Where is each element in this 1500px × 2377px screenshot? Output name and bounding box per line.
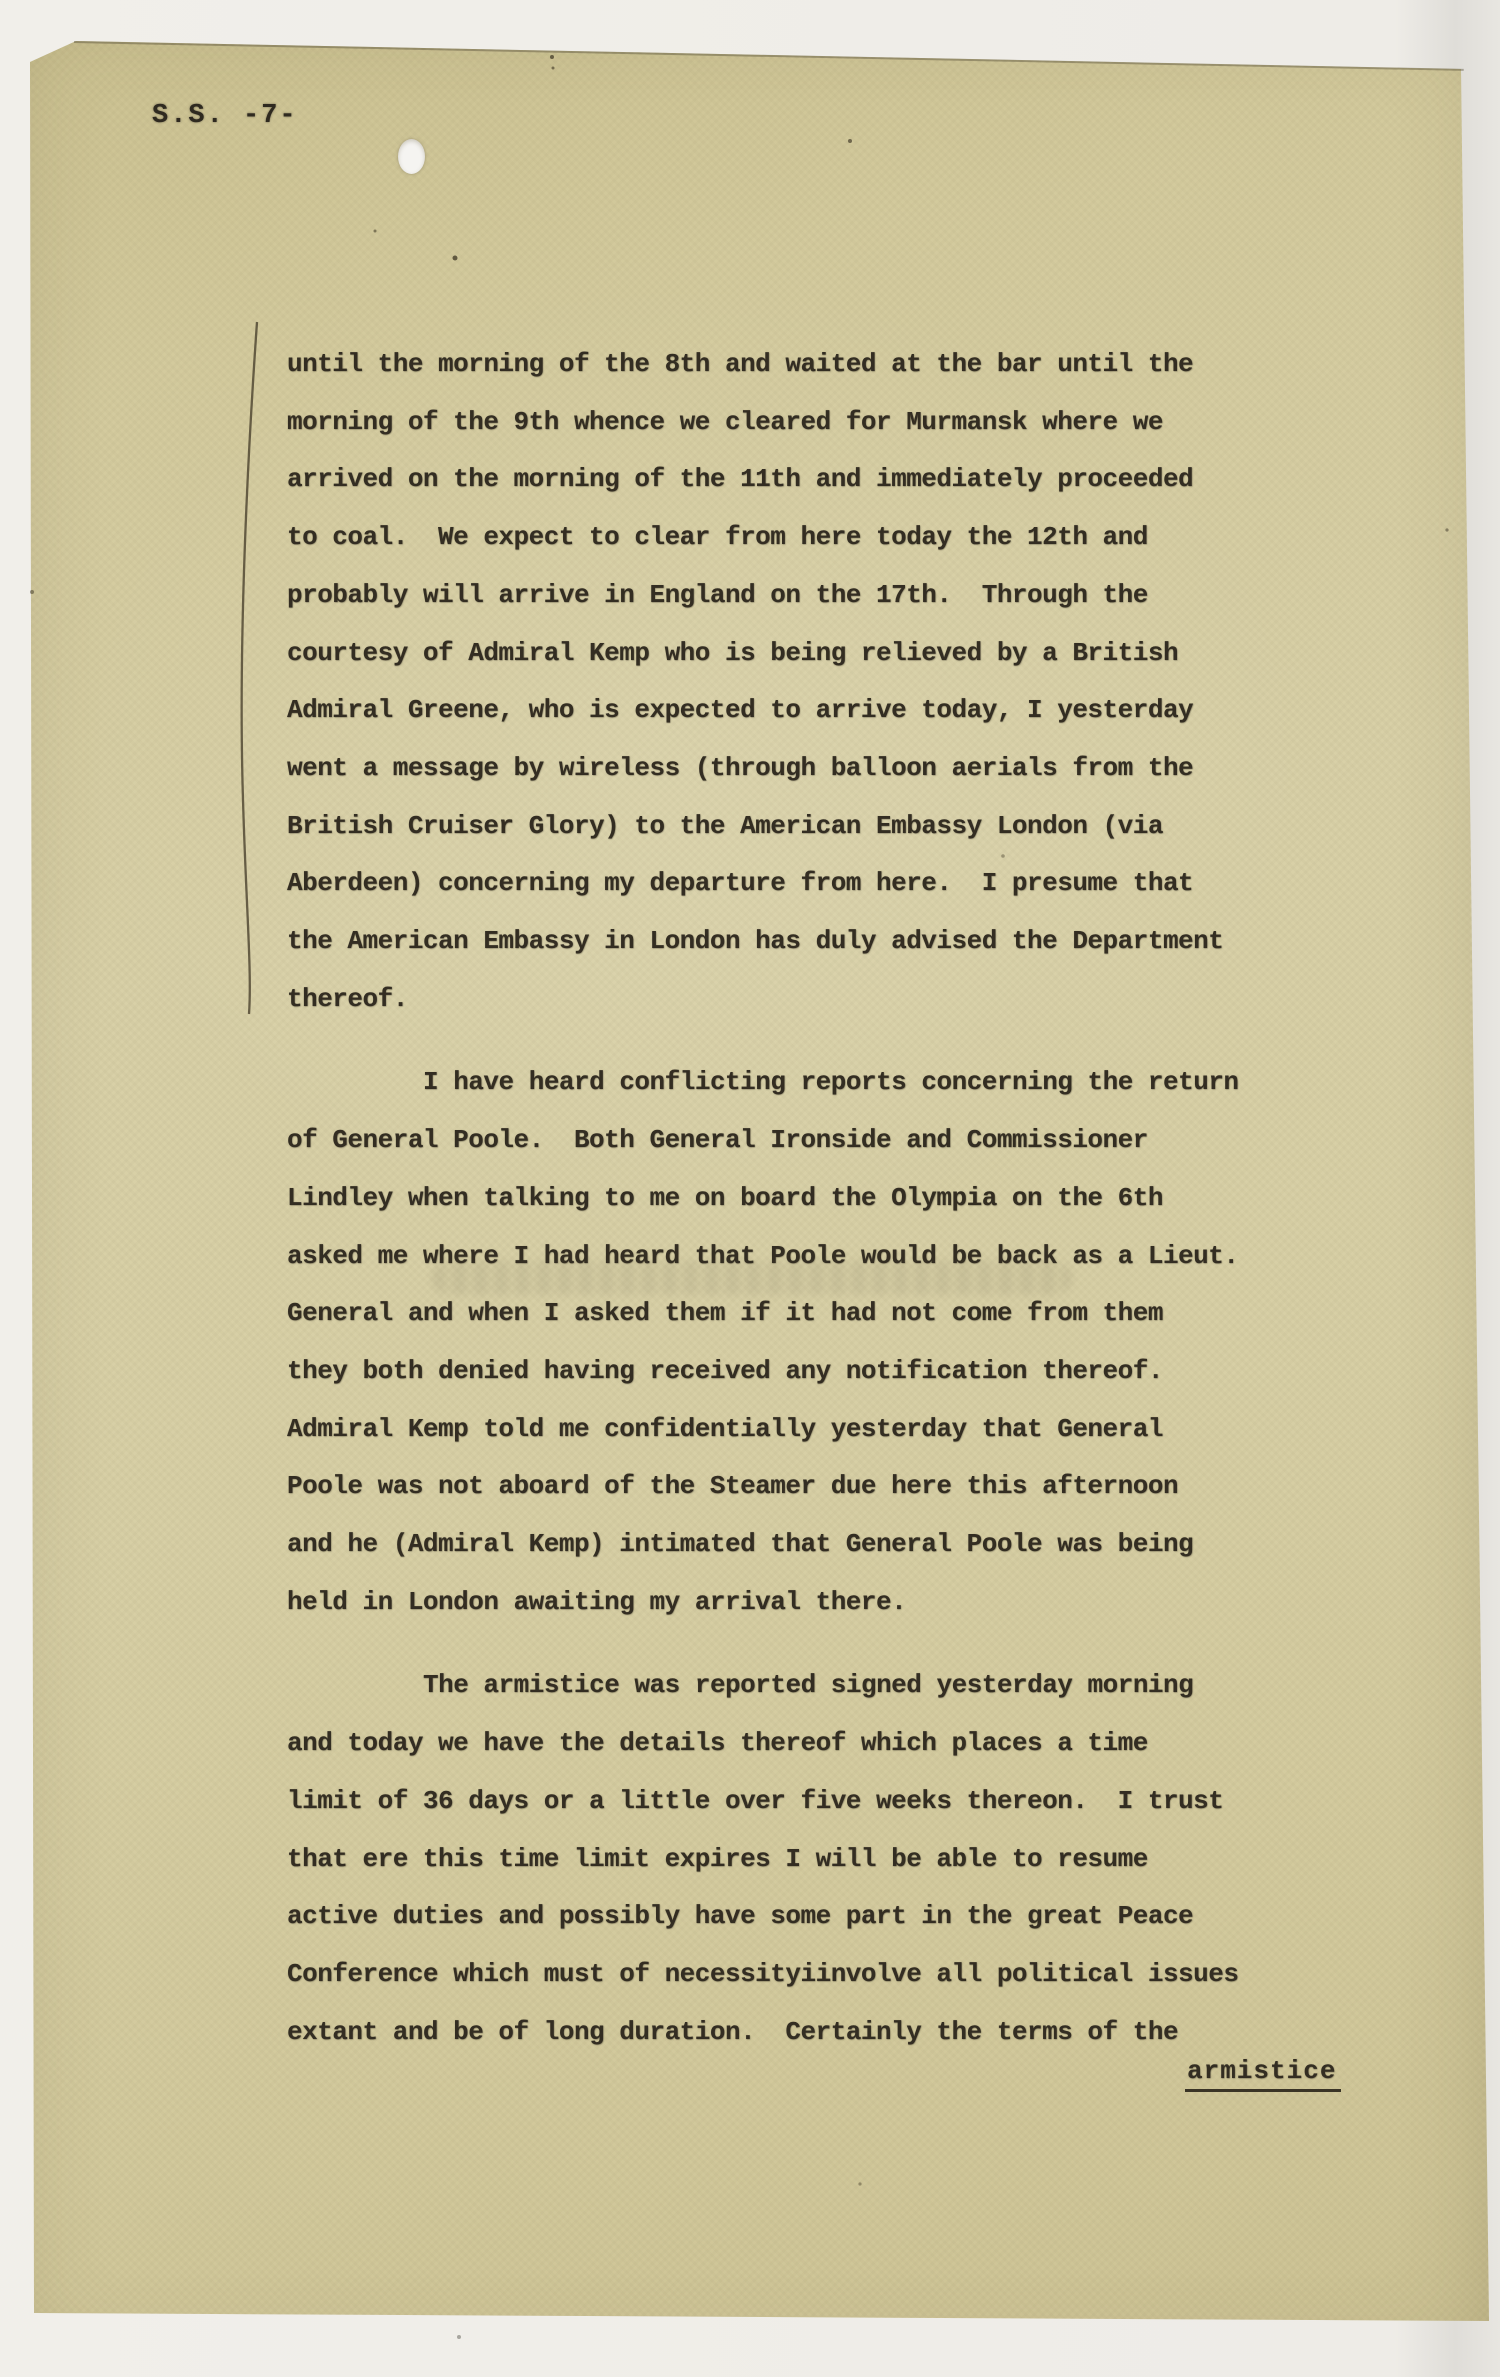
text-line: to coal. We expect to clear from here to… <box>287 509 1327 567</box>
page-number-header: S.S. -7- <box>152 101 298 131</box>
ink-smudge <box>432 1261 1072 1295</box>
text-line: arrived on the morning of the 11th and i… <box>287 451 1327 509</box>
text-line: Conference which must of necessityiinvol… <box>287 1946 1327 2004</box>
paragraph: The armistice was reported signed yester… <box>287 1657 1327 2061</box>
text-line: they both denied having received any not… <box>287 1343 1327 1401</box>
text-line: probably will arrive in England on the 1… <box>287 567 1327 625</box>
text-line: I have heard conflicting reports concern… <box>287 1054 1327 1112</box>
text-line: went a message by wireless (through ball… <box>287 740 1327 798</box>
text-line: Aberdeen) concerning my departure from h… <box>287 855 1327 913</box>
text-line: The armistice was reported signed yester… <box>287 1657 1327 1715</box>
text-line: morning of the 9th whence we cleared for… <box>287 394 1327 452</box>
text-line: active duties and possibly have some par… <box>287 1888 1327 1946</box>
paragraph: I have heard conflicting reports concern… <box>287 1054 1327 1631</box>
text-line: held in London awaiting my arrival there… <box>287 1574 1327 1632</box>
document-scan: S.S. -7- until the morning of the 8th an… <box>0 0 1500 2377</box>
text-line: until the morning of the 8th and waited … <box>287 336 1327 394</box>
text-line: courtesy of Admiral Kemp who is being re… <box>287 625 1327 683</box>
text-line: extant and be of long duration. Certainl… <box>287 2004 1327 2062</box>
text-line: of General Poole. Both General Ironside … <box>287 1112 1327 1170</box>
text-line: and he (Admiral Kemp) intimated that Gen… <box>287 1516 1327 1574</box>
text-line: Admiral Greene, who is expected to arriv… <box>287 682 1327 740</box>
text-line: Lindley when talking to me on board the … <box>287 1170 1327 1228</box>
text-line: Admiral Kemp told me confidentially yest… <box>287 1401 1327 1459</box>
text-line: thereof. <box>287 971 1327 1029</box>
text-line: British Cruiser Glory) to the American E… <box>287 798 1327 856</box>
text-line: limit of 36 days or a little over five w… <box>287 1773 1327 1831</box>
catchword-armistice: armistice <box>1185 2056 1341 2092</box>
text-line: that ere this time limit expires I will … <box>287 1831 1327 1889</box>
text-line: the American Embassy in London has duly … <box>287 913 1327 971</box>
paragraph: until the morning of the 8th and waited … <box>287 336 1327 1028</box>
text-block: until the morning of the 8th and waited … <box>287 336 1327 2087</box>
text-line: Poole was not aboard of the Steamer due … <box>287 1458 1327 1516</box>
punch-hole <box>398 139 425 174</box>
text-line: and today we have the details thereof wh… <box>287 1715 1327 1773</box>
